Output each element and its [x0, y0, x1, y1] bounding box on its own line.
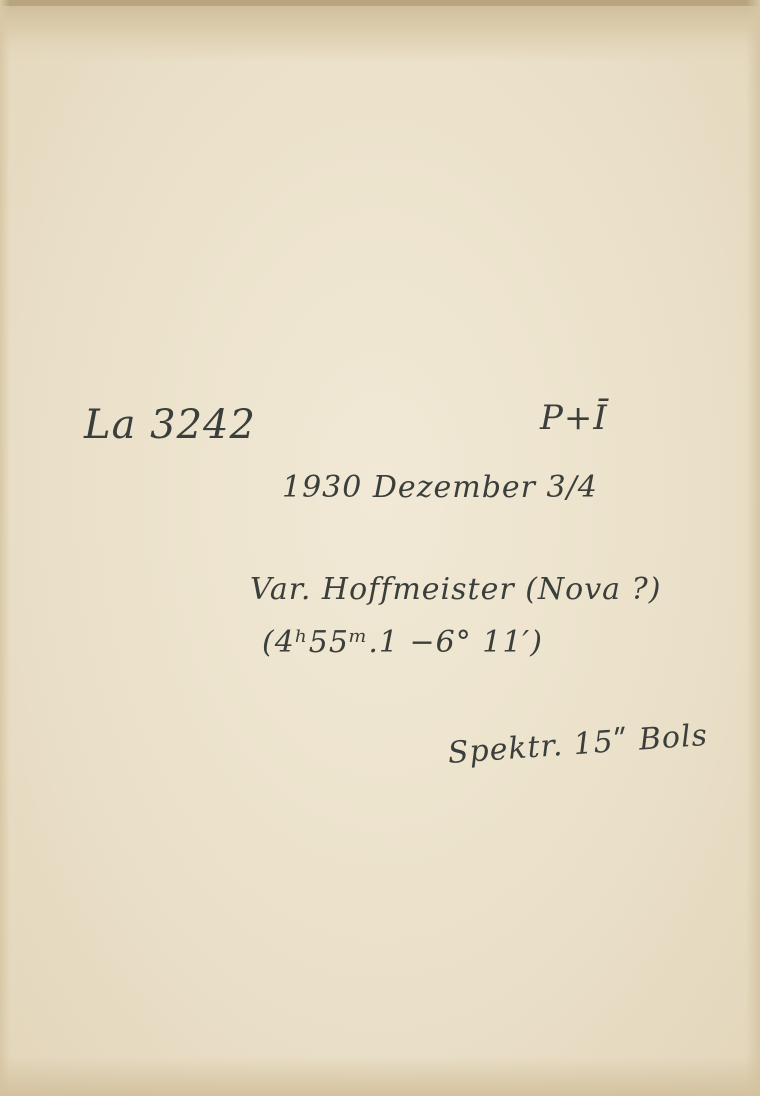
plate-id: La 3242: [84, 402, 256, 448]
left-edge: [0, 0, 10, 1096]
object-name: Var. Hoffmeister (Nova ?): [250, 572, 661, 607]
plate-code: P+Ī: [540, 398, 608, 438]
top-edge: [0, 0, 760, 6]
bottom-edge: [0, 1056, 760, 1096]
instrument-note: Spektr. 15ʺ Bols: [447, 718, 709, 771]
object-coordinates: (4ʰ55ᵐ.1 −6° 11′): [262, 625, 543, 660]
right-edge: [746, 0, 760, 1096]
paper-sheet: La 3242 P+Ī 1930 Dezember 3/4 Var. Hoff…: [0, 0, 760, 1096]
top-fold-band: [0, 0, 760, 62]
observation-date: 1930 Dezember 3/4: [282, 470, 598, 505]
